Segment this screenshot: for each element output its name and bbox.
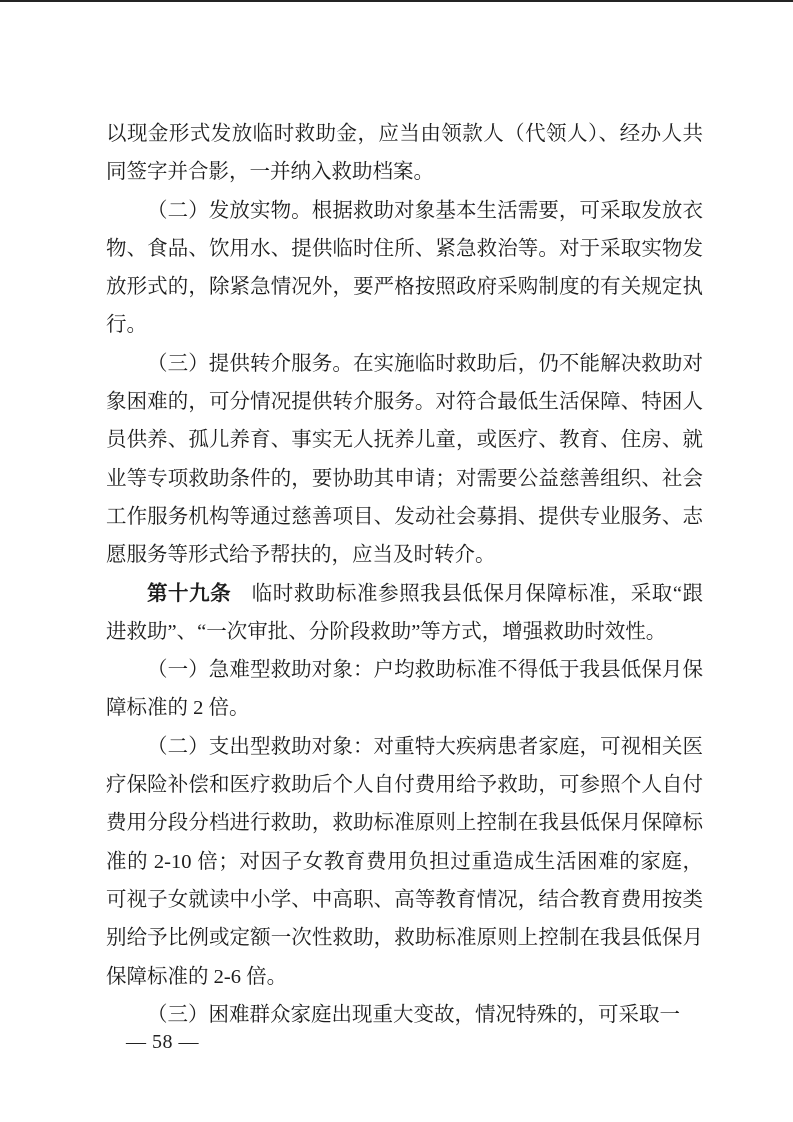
paragraph-article-19: 第十九条临时救助标准参照我县低保月保障标准，采取“跟进救助”、“一次审批、分阶段… [106, 575, 703, 652]
article-19-number: 第十九条 [147, 583, 231, 605]
paragraph-item-2-in-kind-distribution: （二）发放实物。根据救助对象基本生活需要，可采取发放衣物、食品、饮用水、提供临时… [106, 192, 703, 345]
paragraph-text: 以现金形式发放临时救助金，应当由领款人（代领人）、经办人共同签字并合影，一并纳入… [106, 123, 703, 183]
paragraph-text: （二）支出型救助对象：对重特大疾病患者家庭，可视相关医疗保险补偿和医疗救助后个人… [106, 736, 703, 988]
paragraph-item-2-expenditure-type-standard: （二）支出型救助对象：对重特大疾病患者家庭，可视相关医疗保险补偿和医疗救助后个人… [106, 728, 703, 996]
paragraph-text: （三）困难群众家庭出现重大变故，情况特殊的，可采取一 [147, 1004, 680, 1026]
paragraph-item-1-urgent-type-standard: （一）急难型救助对象：户均救助标准不得低于我县低保月保障标准的 2 倍。 [106, 651, 703, 728]
paragraph-text: （一）急难型救助对象：户均救助标准不得低于我县低保月保障标准的 2 倍。 [106, 659, 703, 719]
page-number: — 58 — [126, 1031, 199, 1054]
paragraph-item-3-major-change-partial: （三）困难群众家庭出现重大变故，情况特殊的，可采取一 [106, 996, 703, 1034]
paragraph-text: （三）提供转介服务。在实施临时救助后，仍不能解决救助对象困难的，可分情况提供转介… [106, 353, 703, 566]
paragraph-text: （二）发放实物。根据救助对象基本生活需要，可采取发放衣物、食品、饮用水、提供临时… [106, 200, 703, 337]
paragraph-cash-disbursement-continuation: 以现金形式发放临时救助金，应当由领款人（代领人）、经办人共同签字并合影，一并纳入… [106, 115, 703, 192]
document-content: 以现金形式发放临时救助金，应当由领款人（代领人）、经办人共同签字并合影，一并纳入… [106, 115, 703, 1034]
page-top-edge [0, 0, 793, 2]
paragraph-item-3-referral-services: （三）提供转介服务。在实施临时救助后，仍不能解决救助对象困难的，可分情况提供转介… [106, 345, 703, 575]
